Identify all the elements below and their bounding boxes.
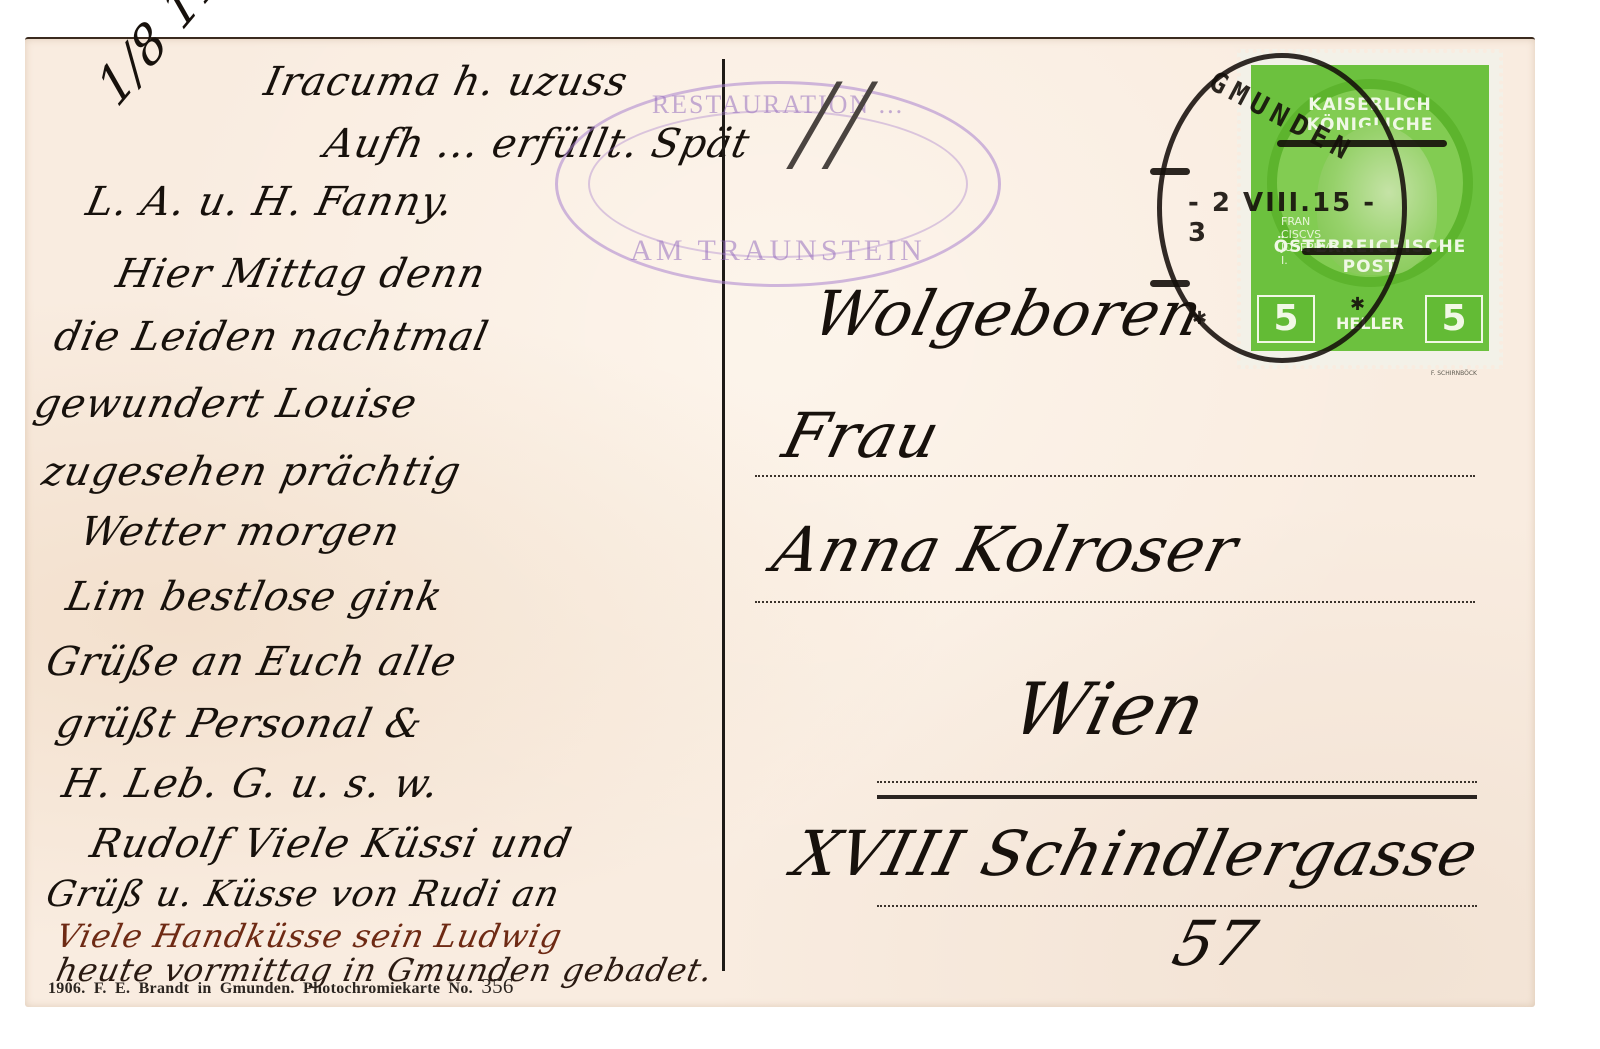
message-line: Wetter morgen	[76, 509, 404, 555]
message-date: 1/8 11	[87, 0, 232, 118]
address-dotted-line	[877, 905, 1477, 907]
imprint-year: 1906.	[48, 980, 86, 997]
message-line: zugesehen prächtig	[38, 449, 465, 495]
address-house-number: 57	[1166, 907, 1265, 980]
stamp-engraver: F. SCHIRNBÖCK	[1431, 370, 1477, 377]
message-line: Lim bestlose gink	[62, 574, 447, 620]
message-line: Hier Mittag denn	[112, 251, 490, 297]
address-name: Anna Kolroser	[766, 513, 1245, 586]
address-dotted-line	[877, 781, 1477, 783]
message-line: grüßt Personal &	[52, 701, 427, 747]
postmark-star-icon: ✱	[1350, 294, 1365, 315]
address-salutation: Wolgeboren	[806, 277, 1211, 350]
address-dotted-line	[755, 601, 1475, 603]
message-line: H. Leb. G. u. s. w.	[58, 761, 444, 807]
message-line: die Leiden nachtmal	[50, 314, 493, 360]
message-line: gewundert Louise	[30, 381, 421, 427]
address-title: Frau	[776, 399, 948, 472]
postmark-town: GMUNDEN	[1204, 64, 1361, 168]
publisher-imprint: 1906. F. E. Brandt in Gmunden. Photochro…	[48, 974, 514, 999]
postcard: 1/8 11 Iracuma h. uzuss Aufh ... erfüllt…	[25, 37, 1535, 1007]
stamp-value-right: 5	[1425, 295, 1483, 343]
message-line: Grüß u. Küsse von Rudi an	[43, 874, 564, 915]
address-city: Wien	[1005, 667, 1215, 751]
hotel-stamp-top-text: RESTAURATION ...	[558, 90, 998, 120]
postmark-bar	[1150, 168, 1190, 175]
imprint-series: Photochromiekarte No.	[303, 980, 473, 997]
message-line: Rudolf Viele Küssi und	[86, 821, 576, 867]
postmark-date: - 2 VIII.15 - 3	[1188, 188, 1402, 248]
postmark-day: - 2	[1188, 188, 1232, 218]
message-line: Grüße an Euch alle	[42, 639, 461, 685]
postmark-bar	[1302, 248, 1432, 255]
imprint-number: 356	[481, 974, 513, 998]
address-dotted-line	[755, 475, 1475, 477]
city-underline-rule	[877, 795, 1477, 799]
postscript-line: Viele Handküsse sein Ludwig	[53, 917, 566, 955]
postmark-bar	[1277, 140, 1447, 147]
hotel-stamp-bottom-text: AM TRAUNSTEIN	[558, 234, 998, 268]
message-line: L. A. u. H. Fanny.	[82, 179, 458, 225]
address-street: XVIII Schindlergasse	[786, 817, 1486, 890]
imprint-publisher: F. E. Brandt in Gmunden.	[94, 980, 295, 997]
